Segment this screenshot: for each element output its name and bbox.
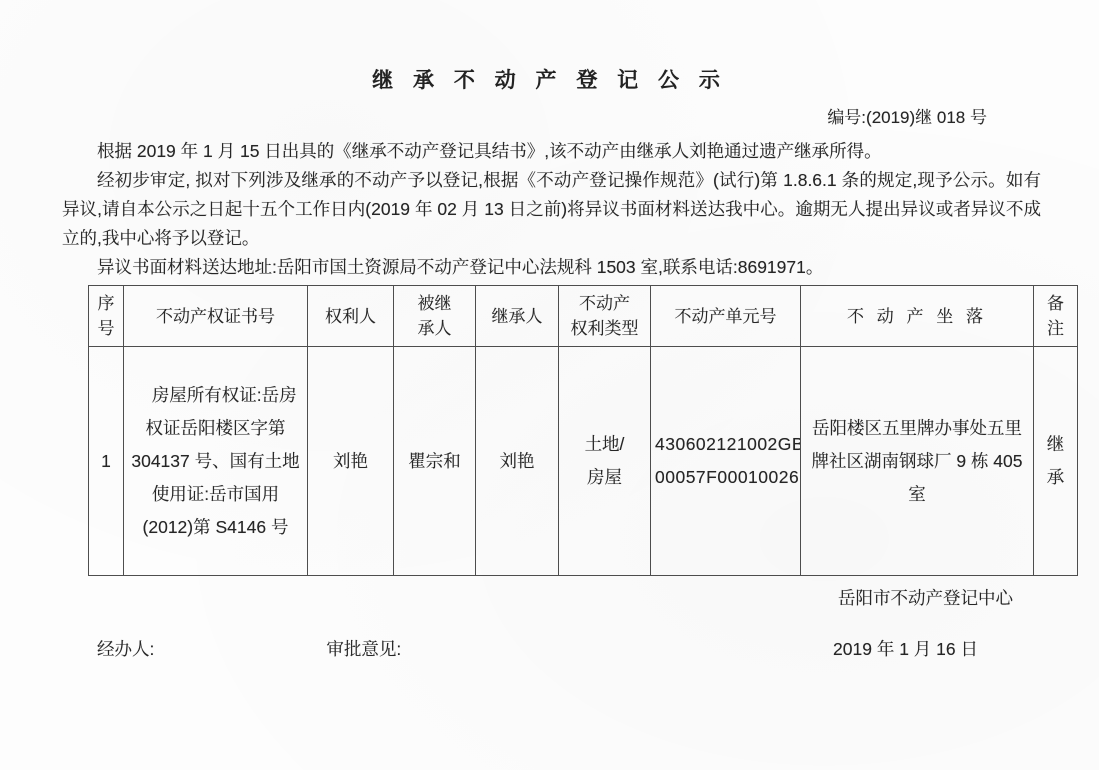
cell-heir: 刘艳: [476, 347, 559, 576]
col-header-location: 不 动 产 坐 落: [801, 286, 1034, 347]
cell-cert-no: 房屋所有权证:岳房权证岳阳楼区字第 304137 号、国有土地使用证:岳市国用(…: [124, 347, 308, 576]
document-page: 继 承 不 动 产 登 记 公 示 编号:(2019)继 018 号 根据 20…: [0, 0, 1099, 770]
col-header-remark: 备 注: [1034, 286, 1078, 347]
registration-table: 序 号 不动产权证书号 权利人 被继 承人 继承人 不动产 权利类型 不动产单元…: [88, 285, 1078, 576]
col-header-right-type: 不动产 权利类型: [559, 286, 651, 347]
notice-body: 根据 2019 年 1 月 15 日出具的《继承不动产登记具结书》,该不动产由继…: [62, 137, 1041, 282]
handler-label: 经办人:: [97, 636, 154, 661]
col-header-rights-holder: 权利人: [308, 286, 394, 347]
cell-location: 岳阳楼区五里牌办事处五里牌社区湖南钢球厂 9 栋 405 室: [801, 347, 1034, 576]
cell-right-type: 土地/ 房屋: [559, 347, 651, 576]
cell-decedent: 瞿宗和: [394, 347, 476, 576]
cell-remark: 继 承: [1034, 347, 1078, 576]
table-header-row: 序 号 不动产权证书号 权利人 被继 承人 继承人 不动产 权利类型 不动产单元…: [89, 286, 1078, 347]
cell-unit-no: 430602121002GB 00057F00010026: [651, 347, 801, 576]
col-header-seq: 序 号: [89, 286, 124, 347]
col-header-unit-no: 不动产单元号: [651, 286, 801, 347]
issuing-org: 岳阳市不动产登记中心: [0, 585, 1099, 610]
col-header-cert-no: 不动产权证书号: [124, 286, 308, 347]
cell-seq: 1: [89, 347, 124, 576]
col-header-heir: 继承人: [476, 286, 559, 347]
paragraph-announcement: 经初步审定, 拟对下列涉及继承的不动产予以登记,根据《不动产登记操作规范》(试行…: [62, 166, 1041, 253]
signature-row: 经办人: 审批意见: 2019 年 1 月 16 日: [0, 636, 1099, 661]
col-header-decedent: 被继 承人: [394, 286, 476, 347]
table-row: 1 房屋所有权证:岳房权证岳阳楼区字第 304137 号、国有土地使用证:岳市国…: [89, 347, 1078, 576]
cell-rights-holder: 刘艳: [308, 347, 394, 576]
doc-number: 编号:(2019)继 018 号: [0, 103, 1099, 128]
paragraph-basis: 根据 2019 年 1 月 15 日出具的《继承不动产登记具结书》,该不动产由继…: [62, 137, 1041, 166]
page-title: 继 承 不 动 产 登 记 公 示: [0, 0, 1099, 94]
issue-date: 2019 年 1 月 16 日: [833, 636, 978, 661]
paragraph-contact-address: 异议书面材料送达地址:岳阳市国土资源局不动产登记中心法规科 1503 室,联系电…: [62, 253, 1041, 282]
approval-label: 审批意见:: [326, 636, 401, 661]
